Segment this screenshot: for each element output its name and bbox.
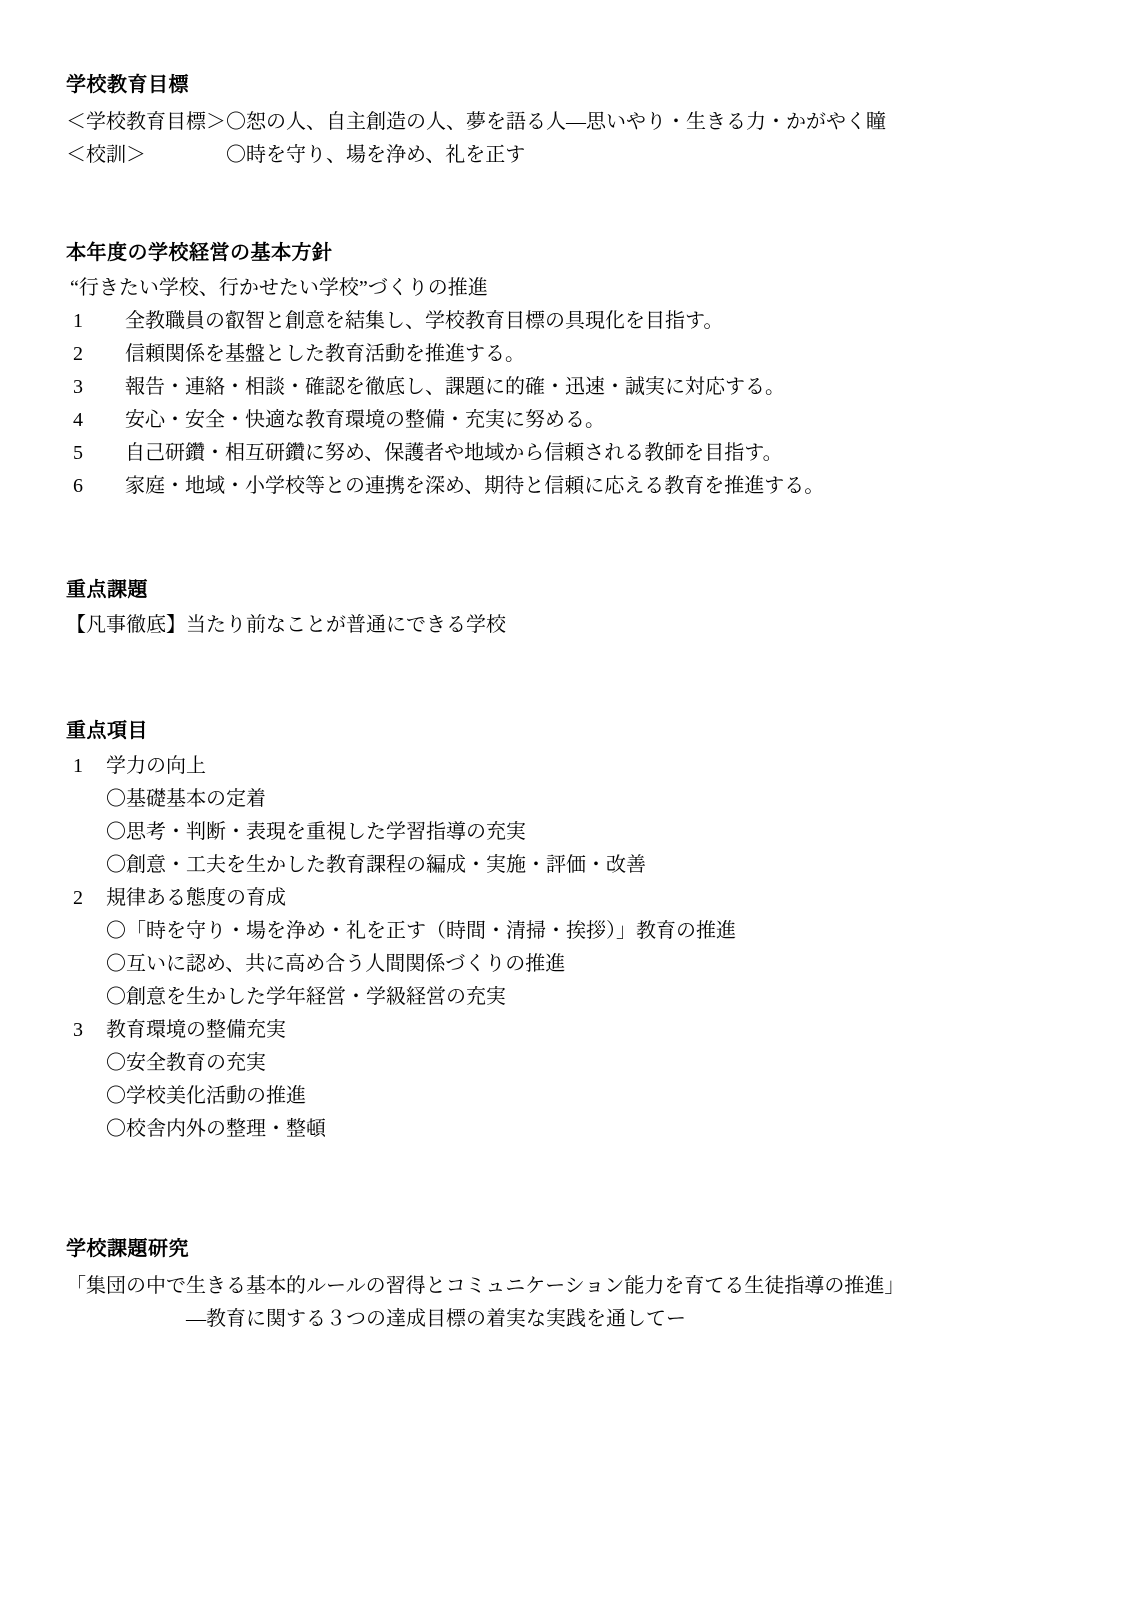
policy-item: 6家庭・地域・小学校等との連携を深め、期待と信頼に応える教育を推進する。 [66, 470, 1076, 503]
priority-group-title: 3教育環境の整備充実 [66, 1014, 1076, 1047]
priority-subitem: 〇創意・工夫を生かした教育課程の編成・実施・評価・改善 [66, 849, 1076, 882]
priority-group-title: 1学力の向上 [66, 750, 1076, 783]
policy-item-number: 6 [73, 470, 125, 503]
priority-subitem: 〇思考・判断・表現を重視した学習指導の充実 [66, 816, 1076, 849]
policy-item-number: 3 [73, 371, 125, 404]
priority-group-label: 規律ある態度の育成 [106, 882, 1076, 915]
document-page: 学校教育目標 ＜学校教育目標＞〇恕の人、自主創造の人、夢を語る人―思いやり・生き… [0, 0, 1132, 1600]
priority-group-number: 1 [73, 750, 106, 783]
motto-text: 〇時を守り、場を浄め、礼を正す [226, 144, 525, 166]
policy-item-number: 4 [73, 404, 125, 437]
priority-issue-text: 【凡事徹底】当たり前なことが普通にできる学校 [66, 609, 1076, 642]
goal-label: ＜学校教育目標＞ [66, 106, 226, 139]
section-school-research: 学校課題研究 「集団の中で生きる基本的ルールの習得とコミュニケーション能力を育て… [66, 1238, 1076, 1336]
policy-item: 3報告・連絡・相談・確認を徹底し、課題に的確・迅速・誠実に対応する。 [66, 371, 1076, 404]
section-priority-issue: 重点課題 【凡事徹底】当たり前なことが普通にできる学校 [66, 579, 1076, 642]
section-heading-school-research: 学校課題研究 [66, 1238, 1076, 1260]
policy-item-number: 5 [73, 437, 125, 470]
policy-item: 1全教職員の叡智と創意を結集し、学校教育目標の具現化を目指す。 [66, 305, 1076, 338]
priority-subitem: 〇基礎基本の定着 [66, 783, 1076, 816]
research-theme: 「集団の中で生きる基本的ルールの習得とコミュニケーション能力を育てる生徒指導の推… [66, 1270, 1076, 1303]
research-subtitle: ―教育に関する３つの達成目標の着実な実践を通してー [66, 1303, 1076, 1336]
section-priority-items: 重点項目 1学力の向上 〇基礎基本の定着 〇思考・判断・表現を重視した学習指導の… [66, 720, 1076, 1146]
motto-label: ＜校訓＞ [66, 139, 226, 172]
policy-item-text: 家庭・地域・小学校等との連携を深め、期待と信頼に応える教育を推進する。 [125, 470, 1076, 503]
priority-subitem: 〇創意を生かした学年経営・学級経営の充実 [66, 981, 1076, 1014]
priority-group-number: 2 [73, 882, 106, 915]
priority-group-label: 教育環境の整備充実 [106, 1014, 1076, 1047]
priority-subitem: 〇互いに認め、共に高め合う人間関係づくりの推進 [66, 948, 1076, 981]
priority-group-label: 学力の向上 [106, 750, 1076, 783]
policy-item-text: 全教職員の叡智と創意を結集し、学校教育目標の具現化を目指す。 [125, 305, 1076, 338]
section-heading-priority-issue: 重点課題 [66, 579, 1076, 601]
priority-group-number: 3 [73, 1014, 106, 1047]
section-heading-school-goals: 学校教育目標 [66, 74, 1076, 96]
section-heading-priority-items: 重点項目 [66, 720, 1076, 742]
policy-item-text: 報告・連絡・相談・確認を徹底し、課題に的確・迅速・誠実に対応する。 [125, 371, 1076, 404]
section-management-policy: 本年度の学校経営の基本方針 “行きたい学校、行かせたい学校”づくりの推進 1全教… [66, 242, 1076, 503]
goal-line-education: ＜学校教育目標＞〇恕の人、自主創造の人、夢を語る人―思いやり・生きる力・かがやく… [66, 106, 1076, 139]
policy-intro: “行きたい学校、行かせたい学校”づくりの推進 [66, 272, 1076, 305]
priority-subitem: 〇学校美化活動の推進 [66, 1080, 1076, 1113]
goal-text: 〇恕の人、自主創造の人、夢を語る人―思いやり・生きる力・かがやく瞳 [226, 111, 886, 133]
policy-item-number: 1 [73, 305, 125, 338]
section-heading-management-policy: 本年度の学校経営の基本方針 [66, 242, 1076, 264]
goal-line-motto: ＜校訓＞〇時を守り、場を浄め、礼を正す [66, 139, 1076, 172]
policy-item-text: 安心・安全・快適な教育環境の整備・充実に努める。 [125, 404, 1076, 437]
priority-group-title: 2規律ある態度の育成 [66, 882, 1076, 915]
policy-item-number: 2 [73, 338, 125, 371]
policy-item: 4安心・安全・快適な教育環境の整備・充実に努める。 [66, 404, 1076, 437]
policy-item: 5自己研鑽・相互研鑽に努め、保護者や地域から信頼される教師を目指す。 [66, 437, 1076, 470]
priority-subitem: 〇安全教育の充実 [66, 1047, 1076, 1080]
priority-subitem: 〇「時を守り・場を浄め・礼を正す（時間・清掃・挨拶）」教育の推進 [66, 915, 1076, 948]
priority-subitem: 〇校舎内外の整理・整頓 [66, 1113, 1076, 1146]
section-school-goals: 学校教育目標 ＜学校教育目標＞〇恕の人、自主創造の人、夢を語る人―思いやり・生き… [66, 74, 1076, 172]
policy-item: 2信頼関係を基盤とした教育活動を推進する。 [66, 338, 1076, 371]
policy-item-text: 信頼関係を基盤とした教育活動を推進する。 [125, 338, 1076, 371]
policy-item-text: 自己研鑽・相互研鑽に努め、保護者や地域から信頼される教師を目指す。 [125, 437, 1076, 470]
